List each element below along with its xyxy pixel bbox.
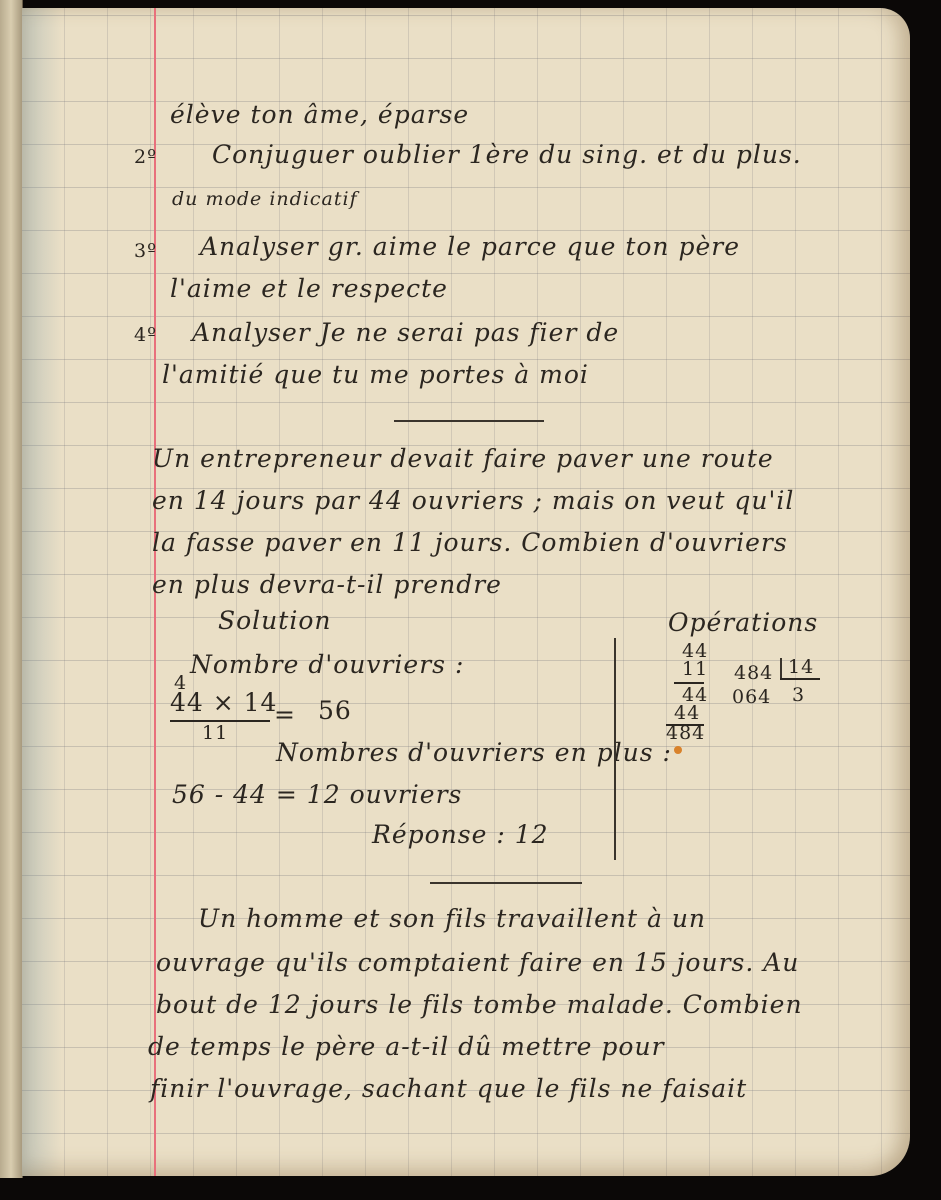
problem2-line2: ouvrage qu'ils comptaient faire en 15 jo… xyxy=(156,948,799,977)
exercise-4-line1: Analyser Je ne serai pas fier de xyxy=(192,318,619,347)
exercise-3-line2: l'aime et le respecte xyxy=(170,274,448,303)
problem1-line4: en plus devra-t-il prendre xyxy=(152,570,502,599)
problem1-line2: en 14 jours par 44 ouvriers ; mais on ve… xyxy=(152,486,794,515)
problem1-line3: la fasse paver en 11 jours. Combien d'ou… xyxy=(152,528,788,557)
op-div-quotient: 3 xyxy=(792,684,805,706)
operations-divider xyxy=(614,638,616,860)
problem2-line5: finir l'ouvrage, sachant que le fils ne … xyxy=(150,1074,747,1103)
problem2-line3: bout de 12 jours le fils tombe malade. C… xyxy=(156,990,803,1019)
op-div-remainder: 064 xyxy=(732,686,771,708)
exercise-2-line2: du mode indicatif xyxy=(172,188,358,210)
section-divider xyxy=(394,420,544,422)
op-div-line xyxy=(780,678,820,680)
solution-answer: Réponse : 12 xyxy=(372,820,549,849)
op-mult-b: 11 xyxy=(682,658,708,680)
solution-step1-expr-top: 44 × 14 xyxy=(170,688,277,717)
problem1-line1: Un entrepreneur devait faire paver une r… xyxy=(152,444,774,473)
solution-step2-label: Nombres d'ouvriers en plus : xyxy=(276,738,672,767)
op-mult-d: 44 xyxy=(674,702,700,724)
op-div-dividend: 484 xyxy=(734,662,773,684)
previous-line: élève ton âme, éparse xyxy=(170,100,469,129)
section-divider-2 xyxy=(430,882,582,884)
notebook-spine xyxy=(0,0,23,1178)
solution-step2-expr: 56 - 44 = 12 ouvriers xyxy=(172,780,462,809)
op-div-bar xyxy=(780,658,782,680)
exercise-3-line1: Analyser gr. aime le parce que ton père xyxy=(200,232,740,261)
exercise-3-number: 3º xyxy=(134,240,157,262)
solution-step1-equals: = xyxy=(274,700,296,729)
op-mult-result: 484 xyxy=(666,722,705,744)
solution-step1-expr-bottom: 11 xyxy=(202,722,228,744)
solution-step1-result: 56 xyxy=(318,696,352,725)
notebook-page: élève ton âme, éparse 2º Conjuguer oubli… xyxy=(22,8,910,1176)
operations-title: Opérations xyxy=(668,608,818,637)
exercise-2-line1: Conjuguer oublier 1ère du sing. et du pl… xyxy=(212,140,802,169)
ink-stain xyxy=(674,746,682,754)
problem2-line1: Un homme et son fils travaillent à un xyxy=(198,904,706,933)
solution-step1-label: Nombre d'ouvriers : xyxy=(190,650,464,679)
solution-title: Solution xyxy=(218,606,331,635)
exercise-4-number: 4º xyxy=(134,324,157,346)
exercise-2-number: 2º xyxy=(134,146,157,168)
exercise-4-line2: l'amitié que tu me portes à moi xyxy=(162,360,589,389)
problem2-line4: de temps le père a-t-il dû mettre pour xyxy=(148,1032,665,1061)
op-div-divisor: 14 xyxy=(788,656,814,678)
